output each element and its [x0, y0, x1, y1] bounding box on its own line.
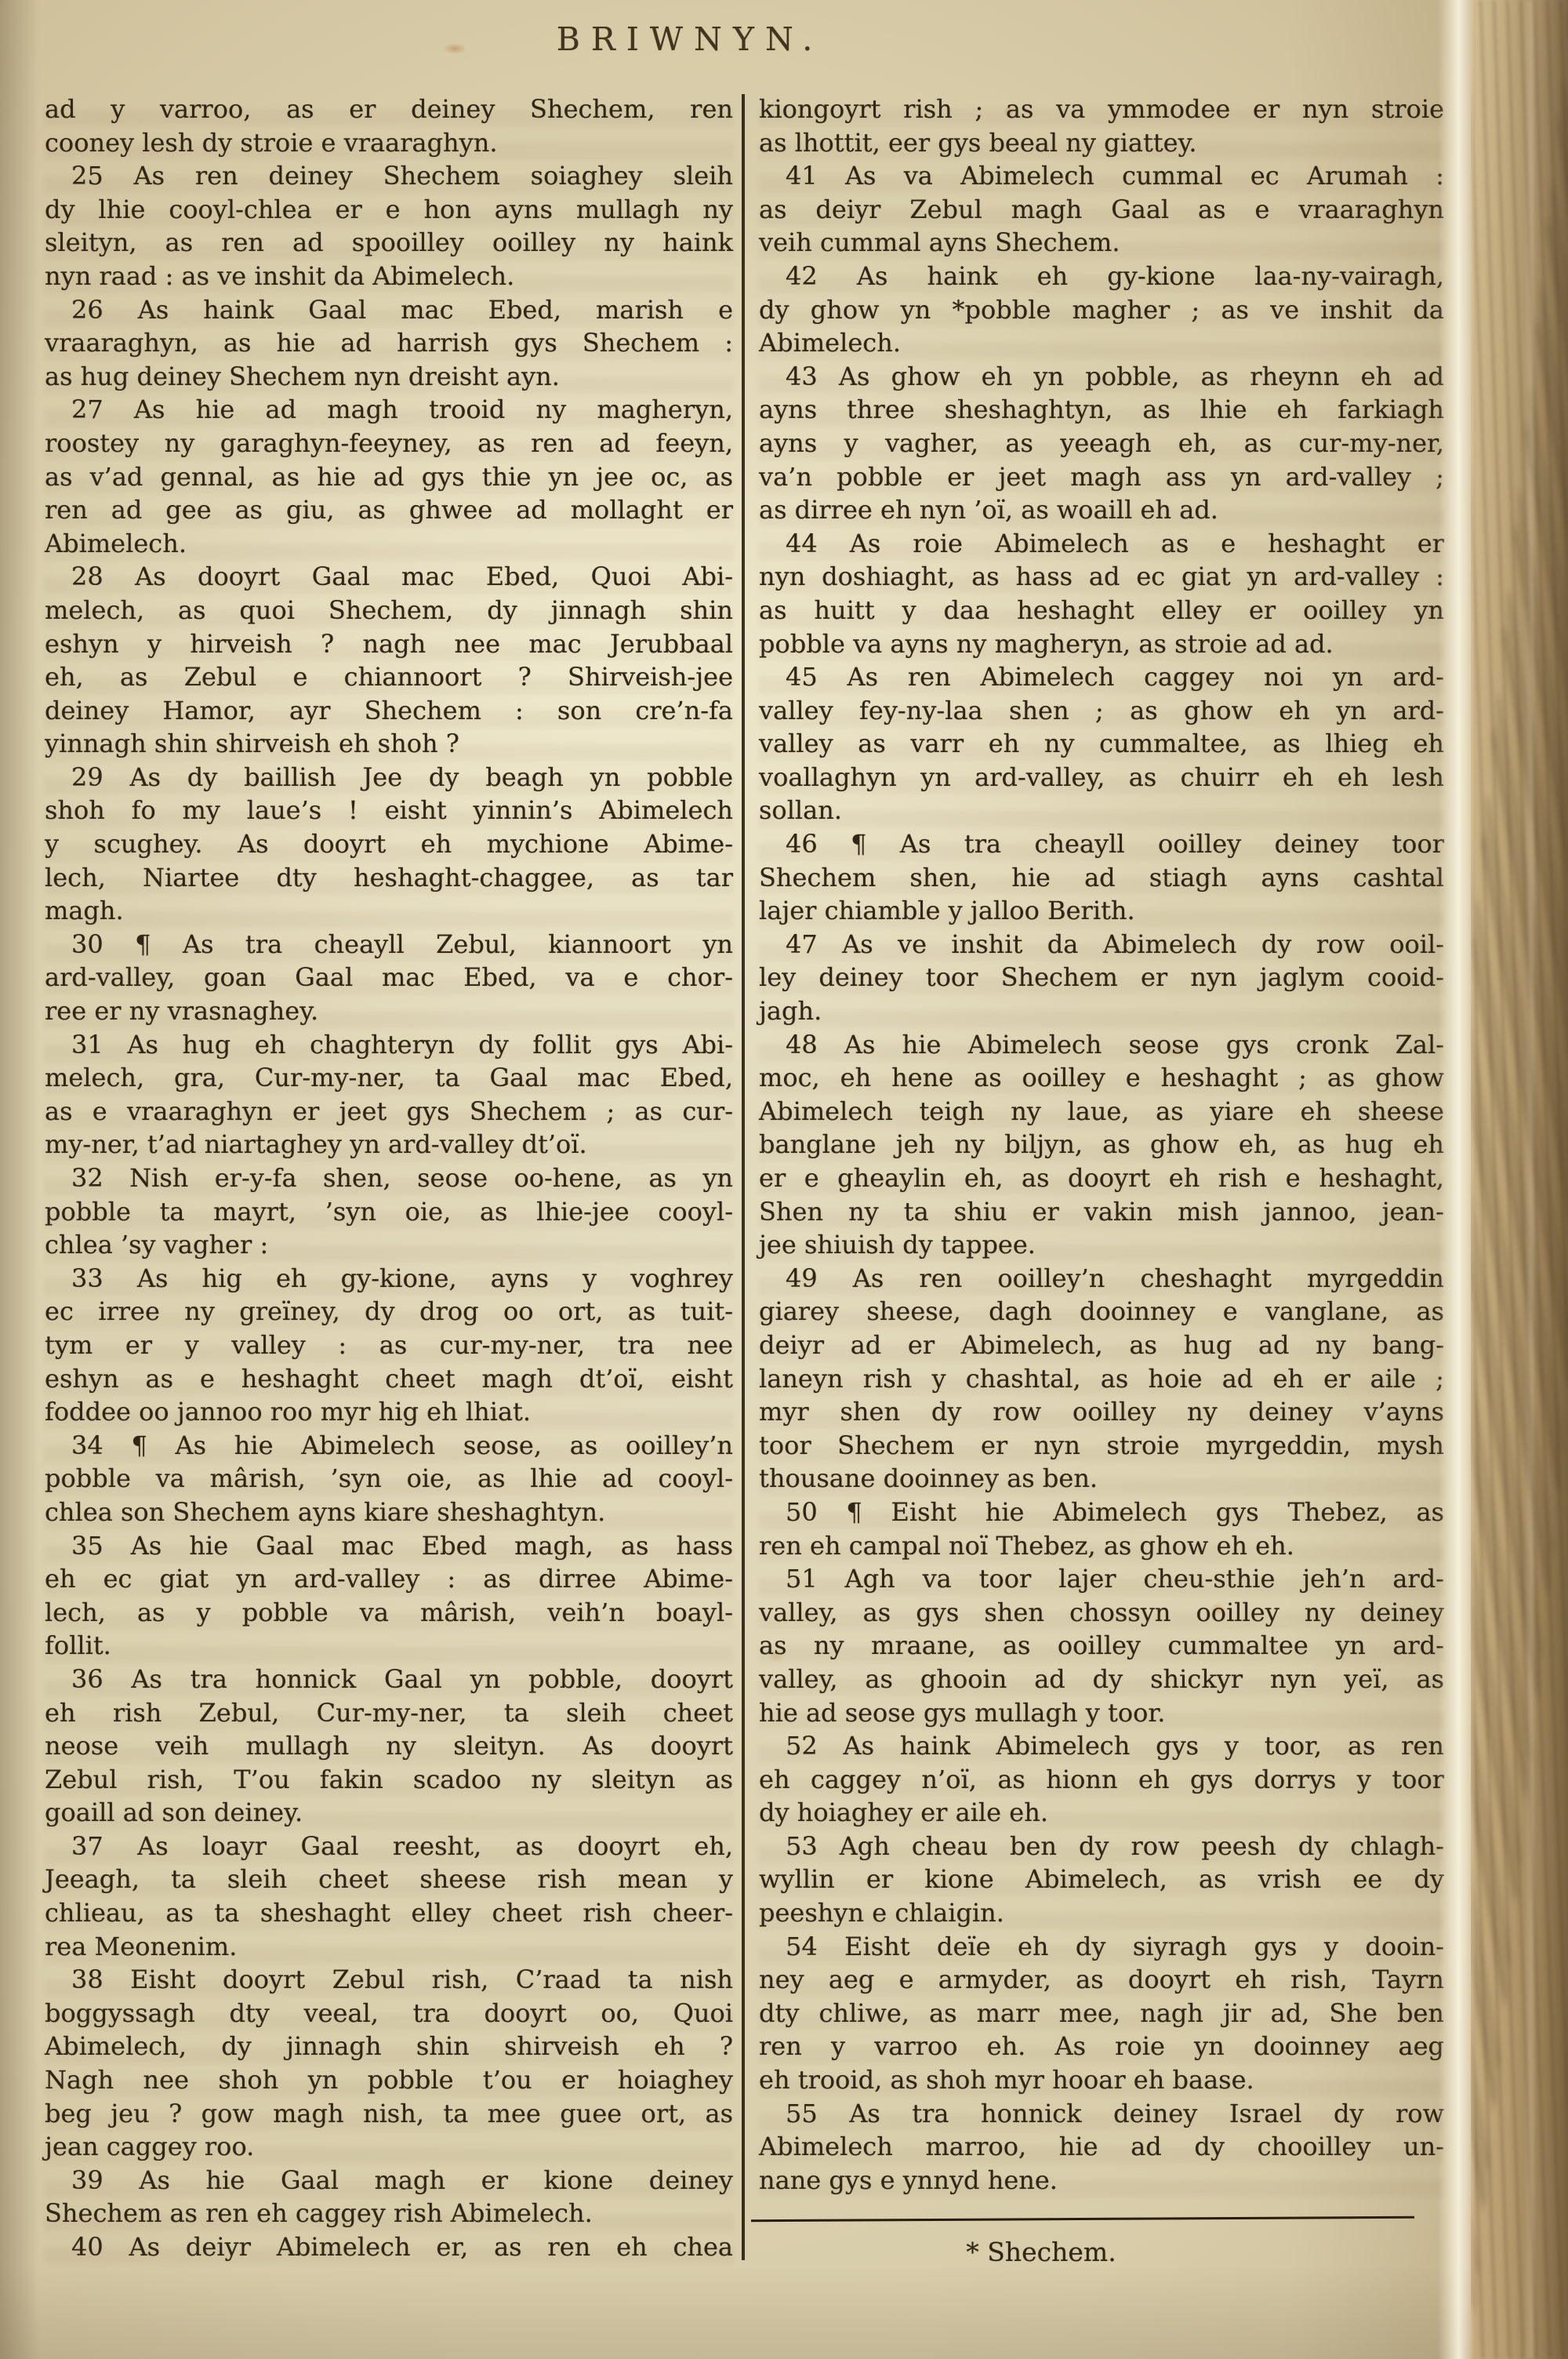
text-line: ren ad gee as giu, as ghwee ad mollaght … [45, 493, 733, 527]
text-line: Shechem as ren eh caggey rish Abimelech. [45, 2197, 733, 2230]
text-line: hie ad seose gys mullagh y toor. [759, 1696, 1444, 1730]
text-line: melech, as quoi Shechem, dy jinnagh shin [45, 594, 733, 627]
text-line: 25 As ren deiney Shechem soiaghey sleih [45, 159, 733, 193]
text-line: jee shiuish dy tappee. [759, 1228, 1444, 1262]
text-line: 49 As ren ooilley’n cheshaght myrgeddin [759, 1262, 1444, 1296]
text-line: ren eh campal noï Thebez, as ghow eh eh. [759, 1529, 1444, 1563]
text-line: 33 As hig eh gy-kione, ayns y voghrey [45, 1262, 733, 1296]
text-line: ley deiney toor Shechem er nyn jaglym co… [759, 961, 1444, 994]
text-line: valley as varr eh ny cummaltee, as lhieg… [759, 727, 1444, 761]
text-line: 46 ¶ As tra cheayll ooilley deiney toor [759, 827, 1444, 861]
text-line: kiongoyrt rish ; as va ymmodee er nyn st… [759, 93, 1444, 126]
text-line: Nagh nee shoh yn pobble t’ou er hoiaghey [45, 2063, 733, 2097]
text-line: Shechem shen, hie ad stiagh ayns cashtal [759, 861, 1444, 895]
text-line: Abimelech marroo, hie ad dy chooilley un… [759, 2130, 1444, 2164]
text-line: 44 As roie Abimelech as e heshaght er [759, 527, 1444, 561]
text-line: dty chliwe, as marr mee, nagh jir ad, Sh… [759, 1997, 1444, 2030]
text-line: follit. [45, 1629, 733, 1663]
text-line: eh trooid, as shoh myr hooar eh baase. [759, 2063, 1444, 2097]
text-line: eh rish Zebul, Cur-my-ner, ta sleih chee… [45, 1696, 733, 1730]
text-line: dy lhie cooyl-chlea er e hon ayns mullag… [45, 193, 733, 227]
text-line: banglane jeh ny biljyn, as ghow eh, as h… [759, 1128, 1444, 1161]
text-line: 39 As hie Gaal magh er kione deiney [45, 2164, 733, 2197]
text-line: 31 As hug eh chaghteryn dy follit gys Ab… [45, 1028, 733, 1062]
text-line: eh ec giat yn ard-valley : as dirree Abi… [45, 1562, 733, 1596]
text-line: dy ghow yn *pobble magher ; as ve inshit… [759, 293, 1444, 327]
text-line: pobble va ayns ny magheryn, as stroie ad… [759, 627, 1444, 661]
text-line: ney aeg e armyder, as dooyrt eh rish, Ta… [759, 1963, 1444, 1997]
footnote-divider [751, 2216, 1414, 2222]
text-line: lech, Niartee dty heshaght-chaggee, as t… [45, 861, 733, 895]
text-line: 42 As haink eh gy-kione laa-ny-vairagh, [759, 260, 1444, 293]
text-line: ec irree ny greïney, dy drog oo ort, as … [45, 1295, 733, 1329]
text-line: eh caggey n’oï, as hionn eh gys dorrys y… [759, 1763, 1444, 1797]
text-line: as lhottit, eer gys beeal ny giattey. [759, 126, 1444, 160]
text-line: as dirree eh nyn ’oï, as woaill eh ad. [759, 493, 1444, 527]
text-line: valley fey-ny-laa shen ; as ghow eh yn a… [759, 694, 1444, 728]
text-line: veih cummal ayns Shechem. [759, 226, 1444, 260]
text-line: as deiyr Zebul magh Gaal as e vraaraghyn [759, 193, 1444, 227]
text-line: 34 ¶ As hie Abimelech seose, as ooilley’… [45, 1429, 733, 1463]
text-line: beg jeu ? gow magh nish, ta mee guee ort… [45, 2097, 733, 2131]
text-line: boggyssagh dty veeal, tra dooyrt oo, Quo… [45, 1997, 733, 2030]
text-line: 27 As hie ad magh trooid ny magheryn, [45, 393, 733, 427]
text-line: Abimelech teigh ny laue, as yiare eh she… [759, 1095, 1444, 1129]
text-line: Zebul rish, T’ou fakin scadoo ny sleityn… [45, 1763, 733, 1797]
text-line: cooney lesh dy stroie e vraaraghyn. [45, 126, 733, 160]
text-line: voallaghyn yn ard-valley, as chuirr eh e… [759, 761, 1444, 794]
text-line: 54 Eisht deïe eh dy siyragh gys y dooin- [759, 1930, 1444, 1964]
text-line: as e vraaraghyn er jeet gys Shechem ; as… [45, 1095, 733, 1129]
text-line: 28 As dooyrt Gaal mac Ebed, Quoi Abi- [45, 560, 733, 594]
text-line: moc, eh hene as ooilley e heshaght ; as … [759, 1061, 1444, 1095]
text-line: as ny mraane, as ooilley cummaltee yn ar… [759, 1629, 1444, 1663]
text-line: vraaraghyn, as hie ad harrish gys Sheche… [45, 326, 733, 360]
text-line: 37 As loayr Gaal reesht, as dooyrt eh, [45, 1830, 733, 1863]
text-line: sleityn, as ren ad spooilley ooilley ny … [45, 226, 733, 260]
text-line: jean caggey roo. [45, 2130, 733, 2164]
text-line: 51 Agh va toor lajer cheu-sthie jeh’n ar… [759, 1562, 1444, 1596]
text-line: 32 Nish er-y-fa shen, seose oo-hene, as … [45, 1161, 733, 1195]
text-line: chlea ’sy vagher : [45, 1228, 733, 1262]
text-line: foddee oo jannoo roo myr hig eh lhiat. [45, 1395, 733, 1429]
text-line: toor Shechem er nyn stroie myrgeddin, my… [759, 1429, 1444, 1463]
text-line: valley, as gys shen chossyn ooilley ny d… [759, 1596, 1444, 1630]
text-line: 36 As tra honnick Gaal yn pobble, dooyrt [45, 1663, 733, 1696]
text-line: 41 As va Abimelech cummal ec Arumah : [759, 159, 1444, 193]
text-line: ad y varroo, as er deiney Shechem, ren [45, 93, 733, 126]
text-line: 53 Agh cheau ben dy row peesh dy chlagh- [759, 1830, 1444, 1863]
text-line: wyllin er kione Abimelech, as vrish ee d… [759, 1863, 1444, 1896]
text-line: neose veih mullagh ny sleityn. As dooyrt [45, 1729, 733, 1763]
text-line: ren y varroo eh. As roie yn dooinney aeg [759, 2030, 1444, 2063]
text-line: tym er y valley : as cur-my-ner, tra nee [45, 1329, 733, 1362]
text-line: 55 As tra honnick deiney Israel dy row [759, 2097, 1444, 2131]
text-line: 52 As haink Abimelech gys y toor, as ren [759, 1729, 1444, 1763]
text-line: yinnagh shin shirveish eh shoh ? [45, 727, 733, 761]
text-line: 38 Eisht dooyrt Zebul rish, C’raad ta ni… [45, 1963, 733, 1997]
text-line: lajer chiamble y jalloo Berith. [759, 894, 1444, 928]
text-line: lech, as y pobble va mârish, veih’n boay… [45, 1596, 733, 1630]
text-line: 40 As deiyr Abimelech er, as ren eh chea [45, 2230, 733, 2264]
text-line: 43 As ghow eh yn pobble, as rheynn eh ad [759, 360, 1444, 394]
text-line: valley, as ghooin ad dy shickyr nyn yeï,… [759, 1663, 1444, 1696]
text-line: Abimelech. [45, 527, 733, 561]
page-title: BRIWNYN. [0, 20, 1380, 58]
next-page-edge [1471, 0, 1568, 2359]
text-line: eh, as Zebul e chiannoort ? Shirveish-je… [45, 660, 733, 694]
right-column: kiongoyrt rish ; as va ymmodee er nyn st… [759, 93, 1444, 2197]
text-line: jagh. [759, 994, 1444, 1028]
text-line: 50 ¶ Eisht hie Abimelech gys Thebez, as [759, 1496, 1444, 1529]
text-line: dy hoiaghey er aile eh. [759, 1796, 1444, 1830]
text-line: as v’ad gennal, as hie ad gys thie yn je… [45, 460, 733, 494]
text-line: eshyn as e heshaght cheet magh dt’oï, ei… [45, 1362, 733, 1396]
text-line: laneyn rish y chashtal, as hoie ad eh er… [759, 1362, 1444, 1396]
text-line: pobble va mârish, ’syn oie, as lhie ad c… [45, 1462, 733, 1496]
text-line: 47 As ve inshit da Abimelech dy row ooil… [759, 928, 1444, 961]
text-line: eshyn y hirveish ? nagh nee mac Jerubbaa… [45, 627, 733, 661]
text-line: ayns three sheshaghtyn, as lhie eh farki… [759, 393, 1444, 427]
text-line: deiney Hamor, ayr Shechem : son cre’n-fa [45, 694, 733, 728]
text-line: Abimelech, dy jinnagh shin shirveish eh … [45, 2030, 733, 2063]
text-line: goaill ad son deiney. [45, 1796, 733, 1830]
text-line: 29 As dy baillish Jee dy beagh yn pobble [45, 761, 733, 794]
text-line: ree er ny vrasnaghey. [45, 994, 733, 1028]
text-line: Shen ny ta shiu er vakin mish jannoo, je… [759, 1195, 1444, 1229]
text-line: sollan. [759, 794, 1444, 827]
text-line: chlieau, as ta sheshaght elley cheet ris… [45, 1896, 733, 1930]
book-page: BRIWNYN. ad y varroo, as er deiney Shech… [0, 0, 1568, 2359]
text-line: magh. [45, 894, 733, 928]
text-line: roostey ny garaghyn-feeyney, as ren ad f… [45, 427, 733, 460]
text-line: peeshyn e chlaigin. [759, 1896, 1444, 1930]
text-line: pobble ta mayrt, ’syn oie, as lhie-jee c… [45, 1195, 733, 1229]
text-line: as huitt y daa heshaght elley er ooilley… [759, 594, 1444, 627]
text-line: nyn raad : as ve inshit da Abimelech. [45, 260, 733, 293]
text-line: nane gys e ynnyd hene. [759, 2164, 1444, 2197]
text-line: va’n pobble er jeet magh ass yn ard-vall… [759, 460, 1444, 494]
text-line: my-ner, t’ad niartaghey yn ard-valley dt… [45, 1128, 733, 1161]
text-line: er e gheaylin eh, as dooyrt eh rish e he… [759, 1161, 1444, 1195]
text-line: 30 ¶ As tra cheayll Zebul, kiannoort yn [45, 928, 733, 961]
text-line: 45 As ren Abimelech caggey noi yn ard- [759, 660, 1444, 694]
text-line: 35 As hie Gaal mac Ebed magh, as hass [45, 1529, 733, 1563]
text-line: chlea son Shechem ayns kiare sheshaghtyn… [45, 1496, 733, 1529]
column-divider [742, 94, 745, 2260]
text-line: as hug deiney Shechem nyn dreisht ayn. [45, 360, 733, 394]
text-line: ayns y vagher, as yeeagh eh, as cur-my-n… [759, 427, 1444, 460]
text-line: giarey sheese, dagh dooinney e vanglane,… [759, 1295, 1444, 1329]
text-line: shoh fo my laue’s ! eisht yinnin’s Abime… [45, 794, 733, 827]
text-line: ard-valley, goan Gaal mac Ebed, va e cho… [45, 961, 733, 994]
text-line: 26 As haink Gaal mac Ebed, marish e [45, 293, 733, 327]
text-line: Abimelech. [759, 326, 1444, 360]
text-line: thousane dooinney as ben. [759, 1462, 1444, 1496]
text-line: nyn doshiaght, as hass ad ec giat yn ard… [759, 560, 1444, 594]
text-line: rea Meonenim. [45, 1930, 733, 1964]
text-line: 48 As hie Abimelech seose gys cronk Zal- [759, 1028, 1444, 1062]
page-curl-highlight [1438, 0, 1475, 2359]
footnote: * Shechem. [759, 2237, 1323, 2267]
text-line: melech, gra, Cur-my-ner, ta Gaal mac Ebe… [45, 1061, 733, 1095]
text-line: Jeeagh, ta sleih cheet sheese rish mean … [45, 1863, 733, 1896]
left-column: ad y varroo, as er deiney Shechem, renco… [45, 93, 733, 2264]
text-line: myr shen dy row ooilley ny deiney v’ayns [759, 1395, 1444, 1429]
text-line: deiyr ad er Abimelech, as hug ad ny bang… [759, 1329, 1444, 1362]
text-line: y scughey. As dooyrt eh mychione Abime- [45, 827, 733, 861]
